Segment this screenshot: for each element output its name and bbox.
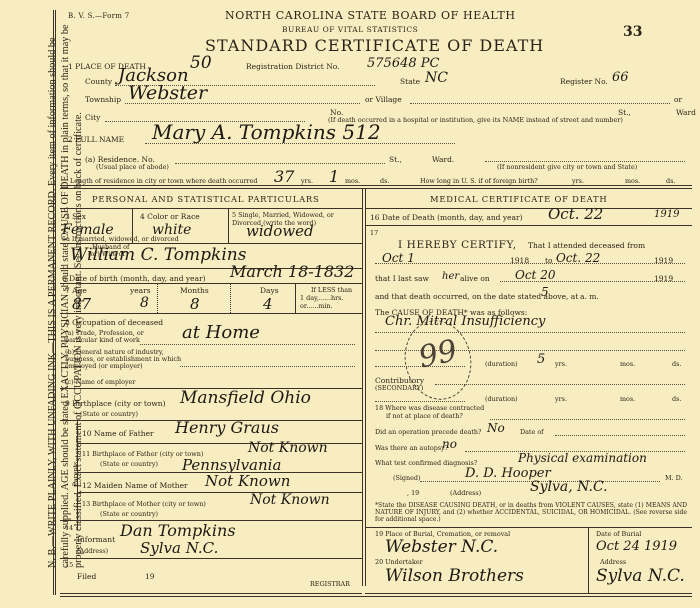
cause-value[interactable]: Chr. Mitral Insufficiency — [385, 314, 545, 329]
village-line — [410, 103, 670, 104]
birthplace-label: 9 Birthplace (city or town) — [65, 399, 166, 408]
operation-value[interactable]: No — [487, 421, 505, 435]
city-label: City — [85, 113, 100, 122]
father-label: 10 Name of Father — [82, 429, 154, 438]
medical-rule-1 — [365, 208, 692, 209]
age-days-label: Days — [260, 286, 279, 295]
register-label: Register No. — [560, 77, 608, 86]
undertaker-address-value[interactable]: Sylva N.C. — [596, 566, 685, 586]
certificate-title: STANDARD CERTIFICATE OF DEATH — [205, 36, 544, 55]
state-value[interactable]: NC — [425, 70, 448, 86]
registrar-label: REGISTRAR — [310, 580, 350, 588]
certify-heading: I HEREBY CERTIFY, — [398, 239, 517, 251]
age-years-label: years — [130, 286, 151, 295]
disease-contracted-label-1: 18 Where was disease contracted — [375, 404, 484, 412]
to-label: to — [545, 256, 553, 265]
residence-st-label: St., — [389, 155, 402, 164]
date-of-death-year[interactable]: 1919 — [654, 209, 679, 220]
industry-label: (b) General nature of industry, business… — [65, 349, 195, 370]
spouse-value[interactable]: William C. Tompkins — [70, 245, 246, 265]
undertaker-address-label: Address — [600, 558, 626, 566]
contributory-line-2 — [375, 401, 465, 402]
birthplace-value[interactable]: Mansfield Ohio — [180, 388, 311, 408]
burial-place-value[interactable]: Webster N.C. — [385, 537, 498, 557]
employer-label: (c) Name of employer — [65, 378, 135, 386]
death-certificate: N. B.—WRITE PLAINLY, WITH UNFADING INK—T… — [0, 0, 700, 608]
foreign-ds-label: ds. — [666, 177, 675, 185]
trade-value[interactable]: at Home — [182, 322, 260, 343]
test-value[interactable]: Physical examination — [518, 451, 647, 465]
undertaker-value[interactable]: Wilson Brothers — [385, 566, 524, 586]
dob-value[interactable]: March 18-1832 — [230, 262, 354, 281]
state-label: State — [400, 77, 420, 86]
autopsy-label: Was there an autopsy? — [375, 444, 448, 452]
nonresident-line — [485, 161, 685, 162]
dob-label: 6 Date of birth (month, day, and year) — [62, 274, 206, 283]
foreign-mos-label: mos. — [625, 177, 640, 185]
mother-label: 12 Maiden Name of Mother — [82, 481, 188, 490]
register-value[interactable]: 66 — [612, 70, 629, 85]
last-saw-date[interactable]: Oct 20 — [515, 268, 555, 282]
burial-divider — [588, 527, 589, 593]
attended-from-year: 1918 — [510, 256, 529, 265]
length-mos-label: mos. — [345, 177, 360, 185]
personal-section-title: PERSONAL AND STATISTICAL PARTICULARS — [92, 194, 320, 204]
operation-date-line — [555, 435, 685, 436]
color-divider — [228, 208, 229, 243]
medical-rule-bottom — [365, 593, 692, 594]
informant-address-value[interactable]: Sylva N.C. — [140, 539, 218, 557]
less-label-1: If LESS than — [311, 286, 352, 294]
last-saw-pronoun[interactable]: her — [442, 271, 459, 282]
outer-rule-bottom — [60, 596, 692, 597]
undertaker-label: 20 Undertaker — [375, 558, 423, 566]
age-years-value[interactable]: 87 — [72, 295, 91, 313]
duration-yrs-label: yrs. — [555, 360, 567, 368]
residence-sub-label: (Usual place of abode) — [96, 163, 169, 171]
duration-mos-label: mos. — [620, 360, 635, 368]
color-label: 4 Color or Race — [140, 212, 200, 221]
attended-from-date[interactable]: Oct 1 — [382, 251, 415, 265]
occupation-label: 8 Occupation of deceased — [65, 318, 163, 327]
marital-value[interactable]: widowed — [246, 222, 314, 240]
margin-rule — [53, 10, 56, 595]
full-name-value[interactable]: Mary A. Tompkins 512 — [152, 120, 381, 144]
attended-to-date[interactable]: Oct. 22 — [556, 251, 600, 265]
death-ampm: a. m. — [580, 292, 599, 301]
age-years-aux: 8 — [140, 295, 149, 311]
operation-date-label: Date of — [520, 428, 544, 436]
or-label: or — [674, 95, 682, 104]
form-id: B. V. S.—Form 7 — [68, 12, 130, 20]
mother-birthplace-sub-label: (State or country) — [100, 510, 158, 518]
length-residence-months[interactable]: 1 — [329, 167, 339, 186]
age-divider-1 — [157, 283, 158, 313]
informant-address-label: (Address) — [77, 547, 108, 555]
contributory-line — [435, 384, 685, 385]
rule-top-2 — [60, 188, 692, 189]
duration-ds-label: ds. — [672, 360, 681, 368]
informant-value[interactable]: Dan Tompkins — [120, 521, 236, 540]
death-time[interactable]: 5 — [541, 285, 549, 299]
filed-year: 19 — [145, 572, 155, 581]
disease-contracted-line — [490, 419, 685, 420]
date-of-death-value[interactable]: Oct. 22 — [548, 205, 603, 223]
nonresident-note: (If nonresident give city or town and St… — [497, 163, 637, 171]
personal-rule-4 — [60, 283, 362, 284]
trade-line — [140, 344, 355, 345]
physician-address-value[interactable]: Sylva, N.C. — [530, 479, 608, 495]
physician-address-label: (Address) — [450, 489, 481, 497]
autopsy-value[interactable]: no — [442, 437, 457, 451]
father-birthplace-sub-label: (State or country) — [100, 460, 158, 468]
stamp-number: 99 — [416, 333, 461, 375]
age-divider-2 — [230, 283, 231, 313]
length-yrs-label: yrs. — [301, 177, 313, 185]
registration-district-value[interactable]: 575648 PC — [367, 56, 439, 71]
full-name-label: 2 FULL NAME — [68, 135, 124, 144]
mother-value[interactable]: Not Known — [205, 472, 290, 490]
personal-rule-12 — [60, 558, 362, 559]
bureau-name: BUREAU OF VITAL STATISTICS — [282, 25, 418, 34]
industry-line — [180, 366, 355, 367]
mother-birthplace-value[interactable]: Not Known — [250, 492, 330, 508]
foreign-birth-label: How long in U. S. if of foreign birth? — [420, 177, 538, 185]
attended-line — [375, 263, 685, 264]
age-months-label: Months — [180, 286, 209, 295]
contrib-yrs-label: yrs. — [555, 395, 567, 403]
mother-birthplace-label: 13 Birthplace of Mother (city or town) — [82, 500, 206, 508]
length-residence-years[interactable]: 37 — [274, 167, 294, 186]
board-name: NORTH CAROLINA STATE BOARD OF HEALTH — [225, 9, 516, 22]
filed-label: Filed — [77, 572, 96, 581]
less-label-2: 1 day,......hrs. — [300, 294, 343, 302]
last-saw-year: 1919 — [654, 274, 673, 283]
cause-footnote: *State the DISEASE CAUSING DEATH, or in … — [375, 502, 687, 524]
duration-label: (duration) — [485, 360, 518, 368]
father-birthplace-city[interactable]: Not Known — [248, 440, 328, 456]
age-days-value[interactable]: 4 — [263, 295, 273, 313]
residence-ward-label: Ward. — [432, 155, 454, 164]
number-written: 50 — [190, 53, 212, 73]
filed-number: 15 — [65, 561, 73, 569]
city-ward-label: Ward — [676, 108, 696, 117]
disease-contracted-label-2: if not at place of death? — [386, 412, 463, 420]
certify-text: That I attended deceased from — [528, 241, 645, 250]
foreign-yrs-label: yrs. — [572, 177, 584, 185]
item-17-number: 17 — [370, 229, 378, 237]
county-label: County — [85, 77, 112, 86]
age-label: 7 Age — [65, 286, 87, 295]
trade-label: (a) Trade, Profession, or particular kin… — [65, 330, 160, 344]
township-label: Township — [85, 95, 121, 104]
date-of-death-label: 16 Date of Death (month, day, and year) — [370, 213, 523, 222]
personal-rule-1 — [60, 208, 362, 209]
medical-rule-3 — [365, 527, 692, 528]
page-number: 33 — [623, 24, 642, 40]
signed-year-label: , 19 — [407, 489, 419, 497]
spouse-label-1: 5a If married, widowed, or divorced — [62, 235, 179, 243]
length-ds-label: ds. — [380, 177, 389, 185]
residence-line — [175, 163, 385, 164]
age-divider-3 — [295, 283, 296, 313]
contrib-ds-label: ds. — [672, 395, 681, 403]
medical-section-title: MEDICAL CERTIFICATE OF DEATH — [430, 194, 608, 204]
signed-label: (Signed) — [393, 474, 421, 482]
personal-rule-5 — [60, 313, 362, 314]
column-divider — [362, 188, 363, 586]
last-saw-label: that I last saw — [375, 274, 429, 283]
father-value[interactable]: Henry Graus — [175, 418, 279, 437]
medical-rule-2 — [365, 225, 692, 226]
alive-on-label: alive on — [460, 274, 490, 283]
parents-label: Parents — [71, 462, 79, 487]
operation-label: Did an operation precede death? — [375, 428, 481, 436]
attended-to-year: 1919 — [654, 256, 673, 265]
township-value[interactable]: Webster — [128, 82, 207, 104]
village-label: or Village — [365, 95, 402, 104]
md-label: M. D. — [665, 474, 683, 482]
contrib-duration-label: (duration) — [485, 395, 518, 403]
burial-date-label: Date of Burial — [596, 530, 641, 538]
rule-top — [60, 185, 692, 186]
test-label: What test confirmed diagnosis? — [375, 459, 477, 467]
age-months-value[interactable]: 8 — [190, 295, 200, 313]
side-instructions: N. B.—WRITE PLAINLY, WITH UNFADING INK—T… — [4, 8, 46, 568]
burial-date-value[interactable]: Oct 24 1919 — [596, 539, 677, 554]
duration-years[interactable]: 5 — [537, 352, 545, 367]
length-residence-label: Length of residence in city or town wher… — [70, 177, 257, 185]
informant-number: 14 — [65, 524, 73, 532]
personal-rule-bottom — [60, 593, 362, 594]
birthplace-sub-label: (State or country) — [80, 410, 138, 418]
less-label-3: or......min. — [300, 302, 333, 310]
informant-label: Informant — [77, 535, 115, 544]
contrib-mos-label: mos. — [620, 395, 635, 403]
sex-label: 3 Sex — [65, 212, 86, 221]
registration-district-label: Registration District No. — [246, 62, 340, 71]
